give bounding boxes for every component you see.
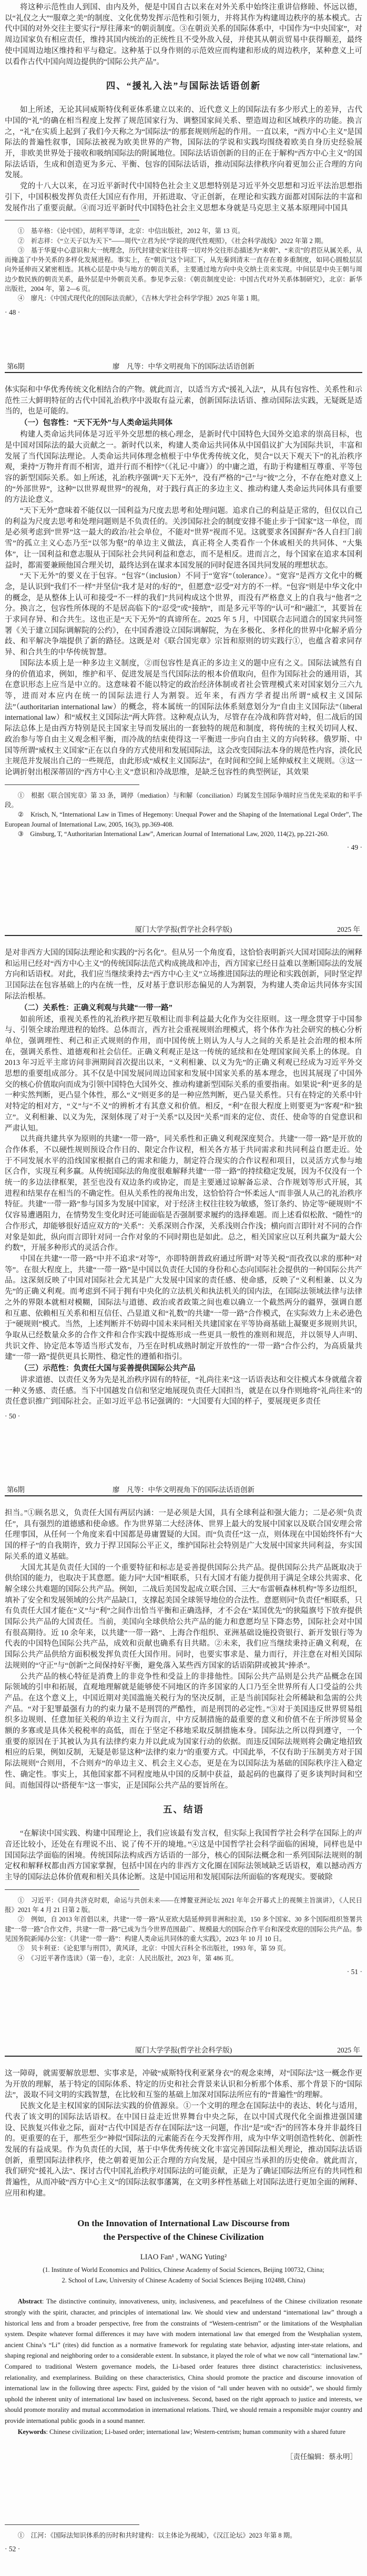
footnote: ① 江河：《国际法知识体系的历时和共时建构：以主体论为视域》，《汉江论坛》202… [5,2531,362,2540]
body-paragraph: “在解读中国实践、构建中国理论上，我们应该最有发言权，但实际上我国哲学社会科学在… [5,1828,362,1883]
page-segment-49: 第6期廖 凡等：中华文明视角下的国际法话语创新体实际和中华优秀传统文化相结合的产… [0,360,367,852]
subsection-heading: （一）包容性：“天下无外”与人类命运共同体 [5,418,362,429]
body-paragraph: “天下无外”的要义在于包容。“包容”（inclusion）不同于“宽容”（tol… [5,571,362,658]
running-header-title: 廖 凡等：中华文明视角下的国际法话语创新 [5,360,362,371]
body-paragraph: 如前所述，重视关系性的礼治秩序把互敬相让而非利益最大化作为交往原则。这一理念贯穿… [5,1014,362,1134]
body-paragraph: 是对非西方大国的国际法理论和实践的“污名化”。但从另一个角度看，这恰恰表明新兴大… [5,948,362,1002]
page-number: · 51 · [5,1968,362,1976]
footnote: ③ 贝卡利亚：《论犯罪与刑罚》，黄风译，北京：中国大百科全书出版社，1993 年… [5,1944,362,1953]
page-number: · 52 · [5,2545,362,2553]
label-text: Chinese civilization; Li-based order; in… [49,2428,345,2436]
english-affiliation: (1. Institute of World Economics and Pol… [5,2265,362,2286]
english-title-line: the Perspective of the Chinese Civilizat… [5,2230,362,2244]
footnote: ③ Ginsburg, T, “Authoritarian Internatio… [5,829,362,839]
page-segment-48: 将这种示范性由人到国、由内及外，便是中国自古以来在对外关系中始终注重讲信修睦、怀… [0,2,367,317]
footnote: ④ 《习近平著作选读》（第一卷），北京：人民出版社，2023 年，第 486 页… [5,1954,362,1963]
body-paragraph: 讲求道德、以责任义务为先是礼治秩序固有的特征，“礼尚往来”这一话语表达和交往模式… [5,1375,362,1407]
body-paragraph: 如上所述，无论其同威斯特伐利亚体系建立以来的、近代意义上的国际法有多少形式上的差… [5,105,362,181]
page-segment-51: 第6期廖 凡等：中华文明视角下的国际法话语创新担当。”①顾名思义，负责任大国有两… [0,1484,367,1976]
footnote: ③ 基于华夏中心意识和大一统理念，历代封建史家往往将一切对外交往形态描述为“来朝… [5,246,362,294]
running-header: 第6期廖 凡等：中华文明视角下的国际法话语创新 [5,1484,362,1496]
editor-note: ［责任编辑：蔡永明］ [5,2451,362,2461]
running-header-year: 2025 年 [337,2044,360,2055]
section-heading: 五、结语 [5,1803,362,1816]
label: Keywords [18,2428,46,2436]
footnote: ② 例如，自 2013 年首倡以来，共建“一带一路”从亚欧大陆延伸到非洲和拉美，… [5,1915,362,1944]
footnote: ② 祈志祥：《“立天子以为天下”——周代“立君为民”学说的现代性观照》，《社会科… [5,236,362,246]
footnote-separator [5,220,139,220]
footnote: ① 习近平：《同舟共济克时艰，命运与共创未来——在博鳌亚洲论坛 2021 年年会… [5,1896,362,1915]
body-paragraph: 这一障碍，就需要解放思想、实事求是，冲破“威斯特伐利亚紧身衣”的观念束缚，对“国… [5,2068,362,2101]
footnote: ① 根据《联合国宪章》第 33 条，调停（mediation）与和解（conci… [5,791,362,810]
footnote-separator [5,1889,139,1890]
section-heading: 四、“援礼入法”与国际法话语创新 [5,79,362,92]
vertical-space [5,2461,362,2518]
body-paragraph: 将这种示范性由人到国、由内及外，便是中国自古以来在对外关系中始终注重讲信修睦、怀… [5,2,362,67]
footnote-separator [5,2524,139,2525]
english-affiliation-line: (1. Institute of World Economics and Pol… [5,2265,362,2275]
footnote: ② Krisch, N, “International Law in Times… [5,810,362,829]
body-paragraph: 国际法本质上是一种多边主义制度，②而包容性是真正的多边主义的题中应有之义。国际法… [5,658,362,778]
page-number: · 48 · [5,308,362,317]
body-paragraph: 担当。”①顾名思义，负责任大国有两层内涵：一是必须是大国，具有全球利益和强大能力… [5,1508,362,1563]
running-header: 厦门大学学报(哲学社会科学版)2025 年 [5,2044,362,2057]
english-title: On the Innovation of International Law D… [5,2217,362,2244]
running-header-year: 2025 年 [337,923,360,934]
english-authors: LIAO Fan¹ , WANG Yuting² [5,2253,362,2262]
body-paragraph: 大国尤其是负责任大国的一个重要特征和标志是妥善提供国际公共产品。提供国际公共产品… [5,1563,362,1672]
page-segment-50: 厦门大学学报(哲学社会科学版)2025 年是对非西方大国的国际法理论和实践的“污… [0,923,367,1421]
english-title-line: On the Innovation of International Law D… [5,2217,362,2230]
subsection-heading: （二）关系性：正确义利观与共建“一带一路” [5,1003,362,1014]
english-abstract: Abstract: The distinctive continuity, in… [5,2296,362,2426]
body-paragraph: 中国在共建“一带一路”中并不追求“对等”，亦即特朗普政府通过所谓“对等关税”而孜… [5,1254,362,1363]
page-number: · 50 · [5,1412,362,1421]
footnote: ④ 廖凡：《中国式现代化的国际法贡献》，《吉林大学社会科学学报》2025 年第 … [5,294,362,303]
english-keywords: Keywords: Chinese civilization; Li-based… [5,2427,362,2438]
body-paragraph: 民族文化是主权国家的国际法实践的价值源泉。①一个文明的理念在国际法中的表达、转化… [5,2101,362,2199]
body-paragraph: 以共商共建共享为原则的共建“一带一路”，同关系性和正确义利观深度契合。共建“一带… [5,1134,362,1254]
body-paragraph: 党的十八大以来，在习近平新时代中国特色社会主义思想特别是习近平外交思想和习近平法… [5,181,362,214]
body-paragraph: “天下无外”意味着不能仅以一国利益为尺度去思考和处理问题。追求自己的利益是正常的… [5,506,362,571]
label-sep: : [42,2298,46,2305]
label: Abstract [18,2298,42,2305]
body-paragraph: 体实际和中华优秀传统文化相结合的产物。就此而言，以适当方式“援礼入法”，从具有包… [5,385,362,417]
running-header-title: 厦门大学学报(哲学社会科学版) [5,2044,362,2055]
subsection-heading: （三）示范性：负责任大国与妥善提供国际公共产品 [5,1363,362,1374]
footnote: ① 基辛格：《论中国》，胡利平等译，北京：中信出版社，2012 年，第 13 页… [5,226,362,236]
body-paragraph: 构建人类命运共同体是习近平外交思想的核心理念，是新时代中国特色大国外交追求的崇高… [5,429,362,506]
page-number: · 49 · [5,843,362,852]
page-segment-52: 厦门大学学报(哲学社会科学版)2025 年这一障碍，就需要解放思想、实事求是，冲… [0,2044,367,2553]
running-header: 第6期廖 凡等：中华文明视角下的国际法话语创新 [5,360,362,373]
label-text: The distinctive continuity, innovativene… [5,2298,362,2424]
english-affiliation-line: 2. School of Law, University of Chinese … [5,2275,362,2286]
running-header-title: 廖 凡等：中华文明视角下的国际法话语创新 [5,1484,362,1494]
running-header-title: 厦门大学学报(哲学社会科学版) [5,923,362,934]
body-paragraph: 公共产品的核心特征是消费上的非竞争性和受益上的非排他性。国际公共产品则是公共产品… [5,1672,362,1792]
running-header: 厦门大学学报(哲学社会科学版)2025 年 [5,923,362,936]
footnote-separator [5,784,139,785]
